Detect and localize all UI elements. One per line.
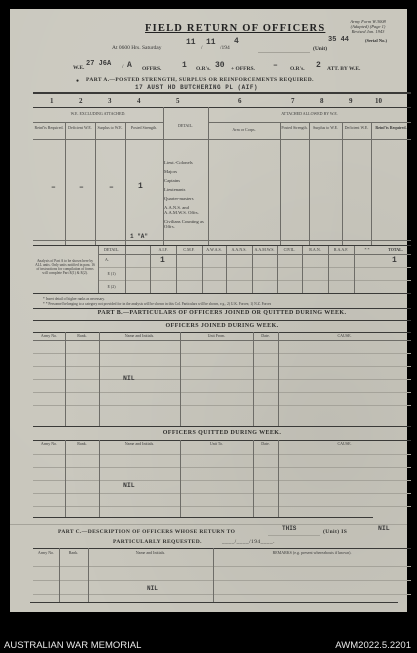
rank-lieutenants: Lieutenants — [164, 187, 185, 192]
offrs-label: OFFRS. — [142, 66, 161, 72]
group-header-right: ATTACHED ALLOWED BY W.E. — [208, 112, 411, 117]
joined-col-army-no: Army No. — [33, 334, 65, 339]
quitted-col-rank: Rank. — [65, 442, 99, 447]
serial-label: (Serial No.) — [365, 38, 387, 43]
part-c-date: ____/____/194____. — [222, 539, 275, 545]
joined-col-rank: Rank. — [65, 334, 99, 339]
group-header-left: W.E. EXCLUDING ATTACHED. — [33, 112, 163, 117]
rank-civilians: Civilians Counting as Offrs. — [164, 219, 208, 229]
footer-institution: AUSTRALIAN WAR MEMORIAL — [4, 640, 141, 651]
joined-col-unit-from: Unit From. — [180, 334, 253, 339]
form-revised: Revised Jan. 1943 — [338, 29, 398, 34]
header-posted-att: Posted Strength. — [280, 126, 309, 131]
col-num-1: 1 — [50, 97, 54, 105]
analysis-col-ran: R.A.N. — [302, 248, 328, 253]
plus-offrs-label: + OFFRS. — [231, 66, 255, 72]
quitted-nil: NIL — [123, 482, 135, 489]
date-sep: / — [201, 45, 203, 51]
quitted-col-army-no: Army No. — [33, 442, 65, 447]
rank-qm: Quarter-masters — [164, 196, 194, 201]
header-surplus: Surplus to W.E. — [95, 126, 125, 131]
analysis-col-total: TOTAL. — [380, 248, 411, 253]
detail-header: DETAIL. — [163, 124, 208, 129]
analysis-col-aans: A.A.N.S. — [226, 248, 252, 253]
serial-number: 35 44 — [328, 36, 349, 44]
header-reinfts: Reinf'ts Required. — [33, 126, 65, 131]
plus-ors-label: O.R's. — [290, 66, 305, 72]
col-num-6: 6 — [238, 97, 242, 105]
analysis-note: Analysis of Part A to be shown here by A… — [34, 259, 96, 275]
part-c-entry: NIL — [147, 585, 158, 592]
analysis-col-cmf: C.M.F. — [176, 248, 202, 253]
analysis-row-e2: E (2) — [98, 285, 125, 290]
part-c-requested: PARTICULARLY REQUESTED. — [113, 539, 202, 545]
header-deficient-att: Deficient W.E. — [342, 126, 371, 131]
col-num-7: 7 — [291, 97, 295, 105]
quitted-col-name: Name and Initials. — [99, 442, 180, 447]
joined-nil: NIL — [123, 375, 135, 382]
footnote-1: * Insert detail of higher ranks as neces… — [43, 297, 105, 301]
header-reinfts-att: Reinf'ts Required. — [371, 126, 411, 131]
value-surplus: – — [109, 183, 114, 192]
part-c-col-rank: Rank. — [59, 551, 88, 556]
analysis-row-a: A. — [98, 258, 116, 263]
we-sep: / — [122, 64, 124, 70]
year-digit: 4 — [234, 37, 239, 46]
analysis-total-a: 1 — [392, 256, 397, 265]
analysis-col-other: * * — [354, 248, 380, 253]
we-label: W.E. — [73, 65, 84, 71]
col-num-2: 2 — [79, 97, 83, 105]
analysis-col-awas: A.W.A.S. — [202, 248, 226, 253]
ors-label: O.R's. — [196, 66, 211, 72]
value-posted: 1 — [138, 182, 143, 191]
rank-captains: Captains — [164, 178, 180, 183]
rank-aans: A.A.N.S. and A.A.M.W.S. Offrs. — [164, 205, 208, 215]
part-c-nil: NIL — [378, 525, 390, 532]
part-c-unit: THIS — [282, 525, 296, 532]
quitted-col-unit-to: Unit To. — [180, 442, 253, 447]
bullet-icon: ● — [76, 79, 79, 84]
analysis-col-raaf: R.A.A.F. — [328, 248, 354, 253]
part-c-unit-label: (Unit) IS — [323, 529, 347, 535]
part-c-col-name: Name and Initials. — [88, 551, 213, 556]
header-deficient: Deficient W.E. — [65, 126, 95, 131]
analysis-detail-header: DETAIL. — [98, 248, 125, 253]
value-reinfts: – — [51, 183, 56, 192]
plus-ors-value: 2 — [316, 61, 321, 70]
header-posted: Posted Strength. — [125, 126, 163, 131]
analysis-col-aif: A.I.F. — [150, 248, 176, 253]
quitted-col-cause: CAUSE. — [278, 442, 411, 447]
footnote-2: * * Personnel belonging to a category no… — [43, 302, 271, 306]
offrs-value: 1 — [182, 61, 187, 70]
plus-offrs-value: – — [273, 61, 278, 70]
analysis-col-aamws: A.A.M.W.S. — [252, 248, 277, 253]
footer-accession-number: AWM2022.5.2201 — [335, 640, 411, 651]
joined-col-date: Date. — [253, 334, 278, 339]
we-value: 27 J6A — [86, 60, 111, 68]
part-a-heading: PART A.—POSTED STRENGTH, SURPLUS OR REIN… — [86, 77, 314, 83]
quitted-col-date: Date. — [253, 442, 278, 447]
rank-majors: Majors — [164, 169, 177, 174]
document-page: FIELD RETURN OF OFFICERS Army Form W.300… — [10, 9, 407, 612]
col-num-8: 8 — [320, 97, 324, 105]
col-num-4: 4 — [137, 97, 141, 105]
col-num-10: 10 — [375, 97, 382, 105]
total-row-typed: 1 "A" — [130, 233, 148, 240]
unit-label: (Unit) — [313, 46, 327, 52]
analysis-row-e1: E (1) — [98, 272, 125, 277]
joined-col-name: Name and Initials. — [99, 334, 180, 339]
ors-value: 30 — [215, 61, 225, 70]
quitted-heading: OFFICERS QUITTED DURING WEEK. — [33, 430, 411, 436]
col-num-9: 9 — [349, 97, 353, 105]
form-info: Army Form W.3008 (Adapted) (Page 1) Revi… — [338, 19, 398, 34]
header-arm-corps: Arm or Corps. — [208, 128, 280, 133]
month-value: 11 — [206, 38, 216, 47]
att-label: ATT. BY W.E. — [327, 66, 360, 72]
part-c-heading: PART C.—DESCRIPTION OF OFFICERS WHOSE RE… — [58, 529, 235, 535]
document-title: FIELD RETURN OF OFFICERS — [145, 23, 325, 34]
part-c-col-army-no: Army No. — [33, 551, 59, 556]
analysis-aif-a: 1 — [160, 256, 165, 265]
day-value: 11 — [186, 38, 196, 47]
header-surplus-att: Surplus to W.E. — [309, 126, 342, 131]
joined-col-cause: CAUSE. — [278, 334, 411, 339]
at-hours-label: At 0600 Hrs. Saturday — [112, 45, 162, 51]
col-num-5: 5 — [176, 97, 180, 105]
rank-lt-col: Lieut.-Colonels — [164, 160, 193, 165]
value-deficient: – — [79, 183, 84, 192]
part-b-heading: PART B.—PARTICULARS OF OFFICERS JOINED O… — [33, 310, 411, 316]
joined-heading: OFFICERS JOINED DURING WEEK. — [33, 323, 411, 329]
col-num-3: 3 — [108, 97, 112, 105]
part-c-col-remarks: REMARKS (e.g. present whereabouts if kno… — [213, 551, 411, 556]
analysis-col-civil: CIVIL. — [277, 248, 302, 253]
year-prefix: /194 — [220, 45, 230, 51]
part-a-unit: 17 AUST HD BUTCHERING PL (AIF) — [135, 84, 258, 91]
we-value-2: A — [127, 61, 132, 70]
